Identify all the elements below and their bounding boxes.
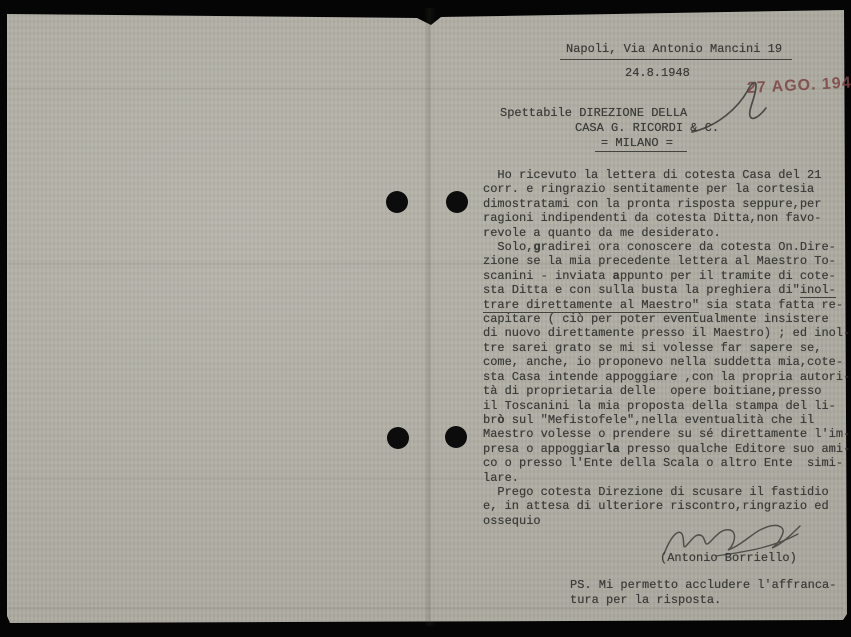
letter-line: zione se la mia precedente lettera al Ma… <box>483 254 851 268</box>
hole-punch <box>445 426 467 448</box>
letter-line: ragioni indipendenti da cotesta Ditta,no… <box>483 211 851 225</box>
hole-punch <box>386 191 408 213</box>
letter-line: tà di proprietaria delle opere boitiane,… <box>483 384 851 398</box>
letter-line: corr. e ringrazio sentitamente per la co… <box>483 182 851 196</box>
horizontal-crease <box>8 607 843 609</box>
postscript-line-1: PS. Mi permetto accludere l'affranca- <box>570 578 836 592</box>
letter-line: capitare ( ciò per poter eventualmente i… <box>483 312 851 326</box>
recipient-line-2: CASA G. RICORDI & C. <box>575 121 719 135</box>
hole-punch <box>446 191 468 213</box>
recipient-line-1: Spettabile DIREZIONE DELLA <box>500 106 687 120</box>
recipient-line-3: = MILANO = <box>595 136 687 152</box>
letter-line: Ho ricevuto la lettera di cotesta Casa d… <box>483 168 851 182</box>
letter-line: tre sarei grato se mi si volesse far sap… <box>483 341 851 355</box>
letter-line: trare direttamente al Maestro" sia stata… <box>483 298 851 312</box>
vertical-fold-crease <box>424 8 436 626</box>
letter-line: scanini - inviata appunto per il tramite… <box>483 269 851 283</box>
letter-line: brò sul "Mefistofele",nella eventualità … <box>483 413 851 427</box>
letter-line: revole a quanto da me desiderato. <box>483 226 851 240</box>
letter-body: Ho ricevuto la lettera di cotesta Casa d… <box>483 168 851 528</box>
letter-line: sta Ditta e con sulla busta la preghiera… <box>483 283 851 297</box>
letter-line: dimostratami con la pronta risposta sepp… <box>483 197 851 211</box>
postscript-line-2: tura per la risposta. <box>570 593 721 607</box>
letter-line: sta Casa intende appoggiare ,con la prop… <box>483 370 851 384</box>
letter-scan: Napoli, Via Antonio Mancini 19 24.8.1948… <box>0 0 851 637</box>
letter-date: 24.8.1948 <box>625 66 690 80</box>
letter-line: lare. <box>483 471 851 485</box>
letter-line: co o presso l'Ente della Scala o altro E… <box>483 456 851 470</box>
letter-line: Prego cotesta Direzione di scusare il fa… <box>483 485 851 499</box>
letter-line: presa o appoggiarla presso qualche Edito… <box>483 442 851 456</box>
sender-address: Napoli, Via Antonio Mancini 19 <box>560 42 792 60</box>
letter-line: come, anche, io proponevo nella suddetta… <box>483 355 851 369</box>
hole-punch <box>387 427 409 449</box>
letter-line: e, in attesa di ulteriore riscontro,ring… <box>483 499 851 513</box>
letter-line: di nuovo direttamente presso il Maestro)… <box>483 326 851 340</box>
letter-line: Maestro volesse o prendere su sé diretta… <box>483 427 851 441</box>
signature-typed-name: (Antonio Borriello) <box>660 551 797 565</box>
letter-line: il Toscanini la mia proposta della stamp… <box>483 399 851 413</box>
letter-line: Solo,gradirei ora conoscere da cotesta O… <box>483 240 851 254</box>
